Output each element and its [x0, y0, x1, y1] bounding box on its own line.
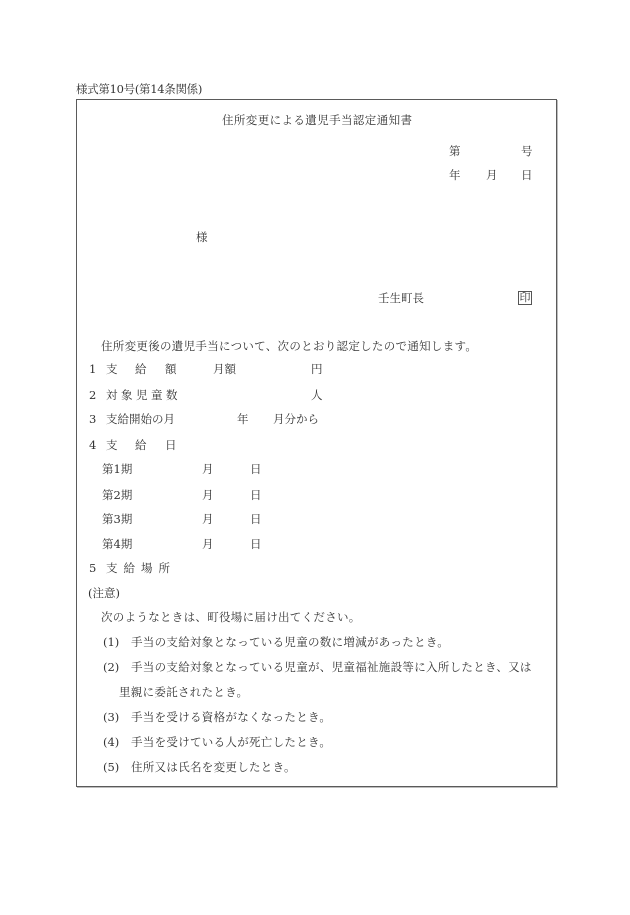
- period-2-month: 月: [202, 490, 214, 502]
- item-3-month-unit: 月分から: [273, 414, 319, 426]
- seal-icon: 印: [518, 291, 532, 305]
- item-3-number: 3: [89, 414, 96, 426]
- form-number-label: 様式第10号(第14条関係): [76, 84, 202, 96]
- notes-intro: 次のようなときは、町役場に届け出てください。: [101, 612, 361, 624]
- period-4-month: 月: [202, 539, 214, 551]
- notes-heading: (注意): [88, 588, 120, 600]
- date-day: 日: [521, 170, 533, 182]
- note-3-text: 手当を受ける資格がなくなったとき。: [131, 712, 331, 724]
- item-2-unit: 人: [311, 390, 323, 402]
- item-1-number: 1: [89, 364, 96, 376]
- period-3-label: 第3期: [102, 514, 132, 526]
- period-3-day: 日: [250, 514, 262, 526]
- note-5-text: 住所又は氏名を変更したとき。: [131, 762, 296, 774]
- note-2-number: (2): [103, 662, 119, 674]
- item-4-label-char-1: 支: [106, 440, 118, 452]
- item-5-number: 5: [89, 563, 96, 575]
- issuer-name: 壬生町長: [378, 293, 424, 305]
- seal-mark: 印: [518, 291, 532, 305]
- item-1-label-char-3: 額: [165, 364, 177, 376]
- item-1-sub-label: 月額: [213, 364, 236, 376]
- item-2-label: 対象児童数: [106, 390, 181, 402]
- period-1-month: 月: [202, 464, 214, 476]
- document-title: 住所変更による遺児手当認定通知書: [222, 115, 412, 127]
- period-2-label: 第2期: [102, 490, 132, 502]
- note-2-text: 手当の支給対象となっている児童が、児童福祉施設等に入所したとき、又は: [131, 662, 532, 674]
- note-1-text: 手当の支給対象となっている児童の数に増減があったとき。: [131, 637, 449, 649]
- note-1-number: (1): [103, 637, 119, 649]
- note-5-number: (5): [103, 762, 119, 774]
- note-2-text-continued: 里親に委託されたとき。: [119, 687, 248, 699]
- period-1-day: 日: [250, 464, 262, 476]
- period-3-month: 月: [202, 514, 214, 526]
- item-2-number: 2: [89, 390, 96, 402]
- item-4-label-char-2: 給: [135, 440, 147, 452]
- note-4-text: 手当を受けている人が死亡したとき。: [131, 737, 331, 749]
- note-4-number: (4): [103, 737, 119, 749]
- number-prefix: 第: [449, 146, 461, 158]
- item-1-label-char-1: 支: [106, 364, 118, 376]
- addressee-honorific: 様: [196, 232, 208, 244]
- item-4-label-char-3: 日: [165, 440, 177, 452]
- document-frame: [76, 99, 557, 787]
- item-1-label-char-2: 給: [135, 364, 147, 376]
- item-3-year-unit: 年: [237, 414, 249, 426]
- period-1-label: 第1期: [102, 464, 132, 476]
- period-4-day: 日: [250, 539, 262, 551]
- item-1-unit: 円: [311, 364, 323, 376]
- date-month: 月: [486, 170, 498, 182]
- item-4-number: 4: [89, 440, 96, 452]
- number-suffix: 号: [521, 146, 533, 158]
- period-2-day: 日: [250, 490, 262, 502]
- item-3-label: 支給開始の月: [106, 414, 175, 426]
- note-3-number: (3): [103, 712, 119, 724]
- intro-text: 住所変更後の遺児手当について、次のとおり認定したので通知します。: [101, 341, 477, 353]
- period-4-label: 第4期: [102, 539, 132, 551]
- date-year: 年: [449, 170, 461, 182]
- item-5-label: 支給場所: [106, 563, 176, 575]
